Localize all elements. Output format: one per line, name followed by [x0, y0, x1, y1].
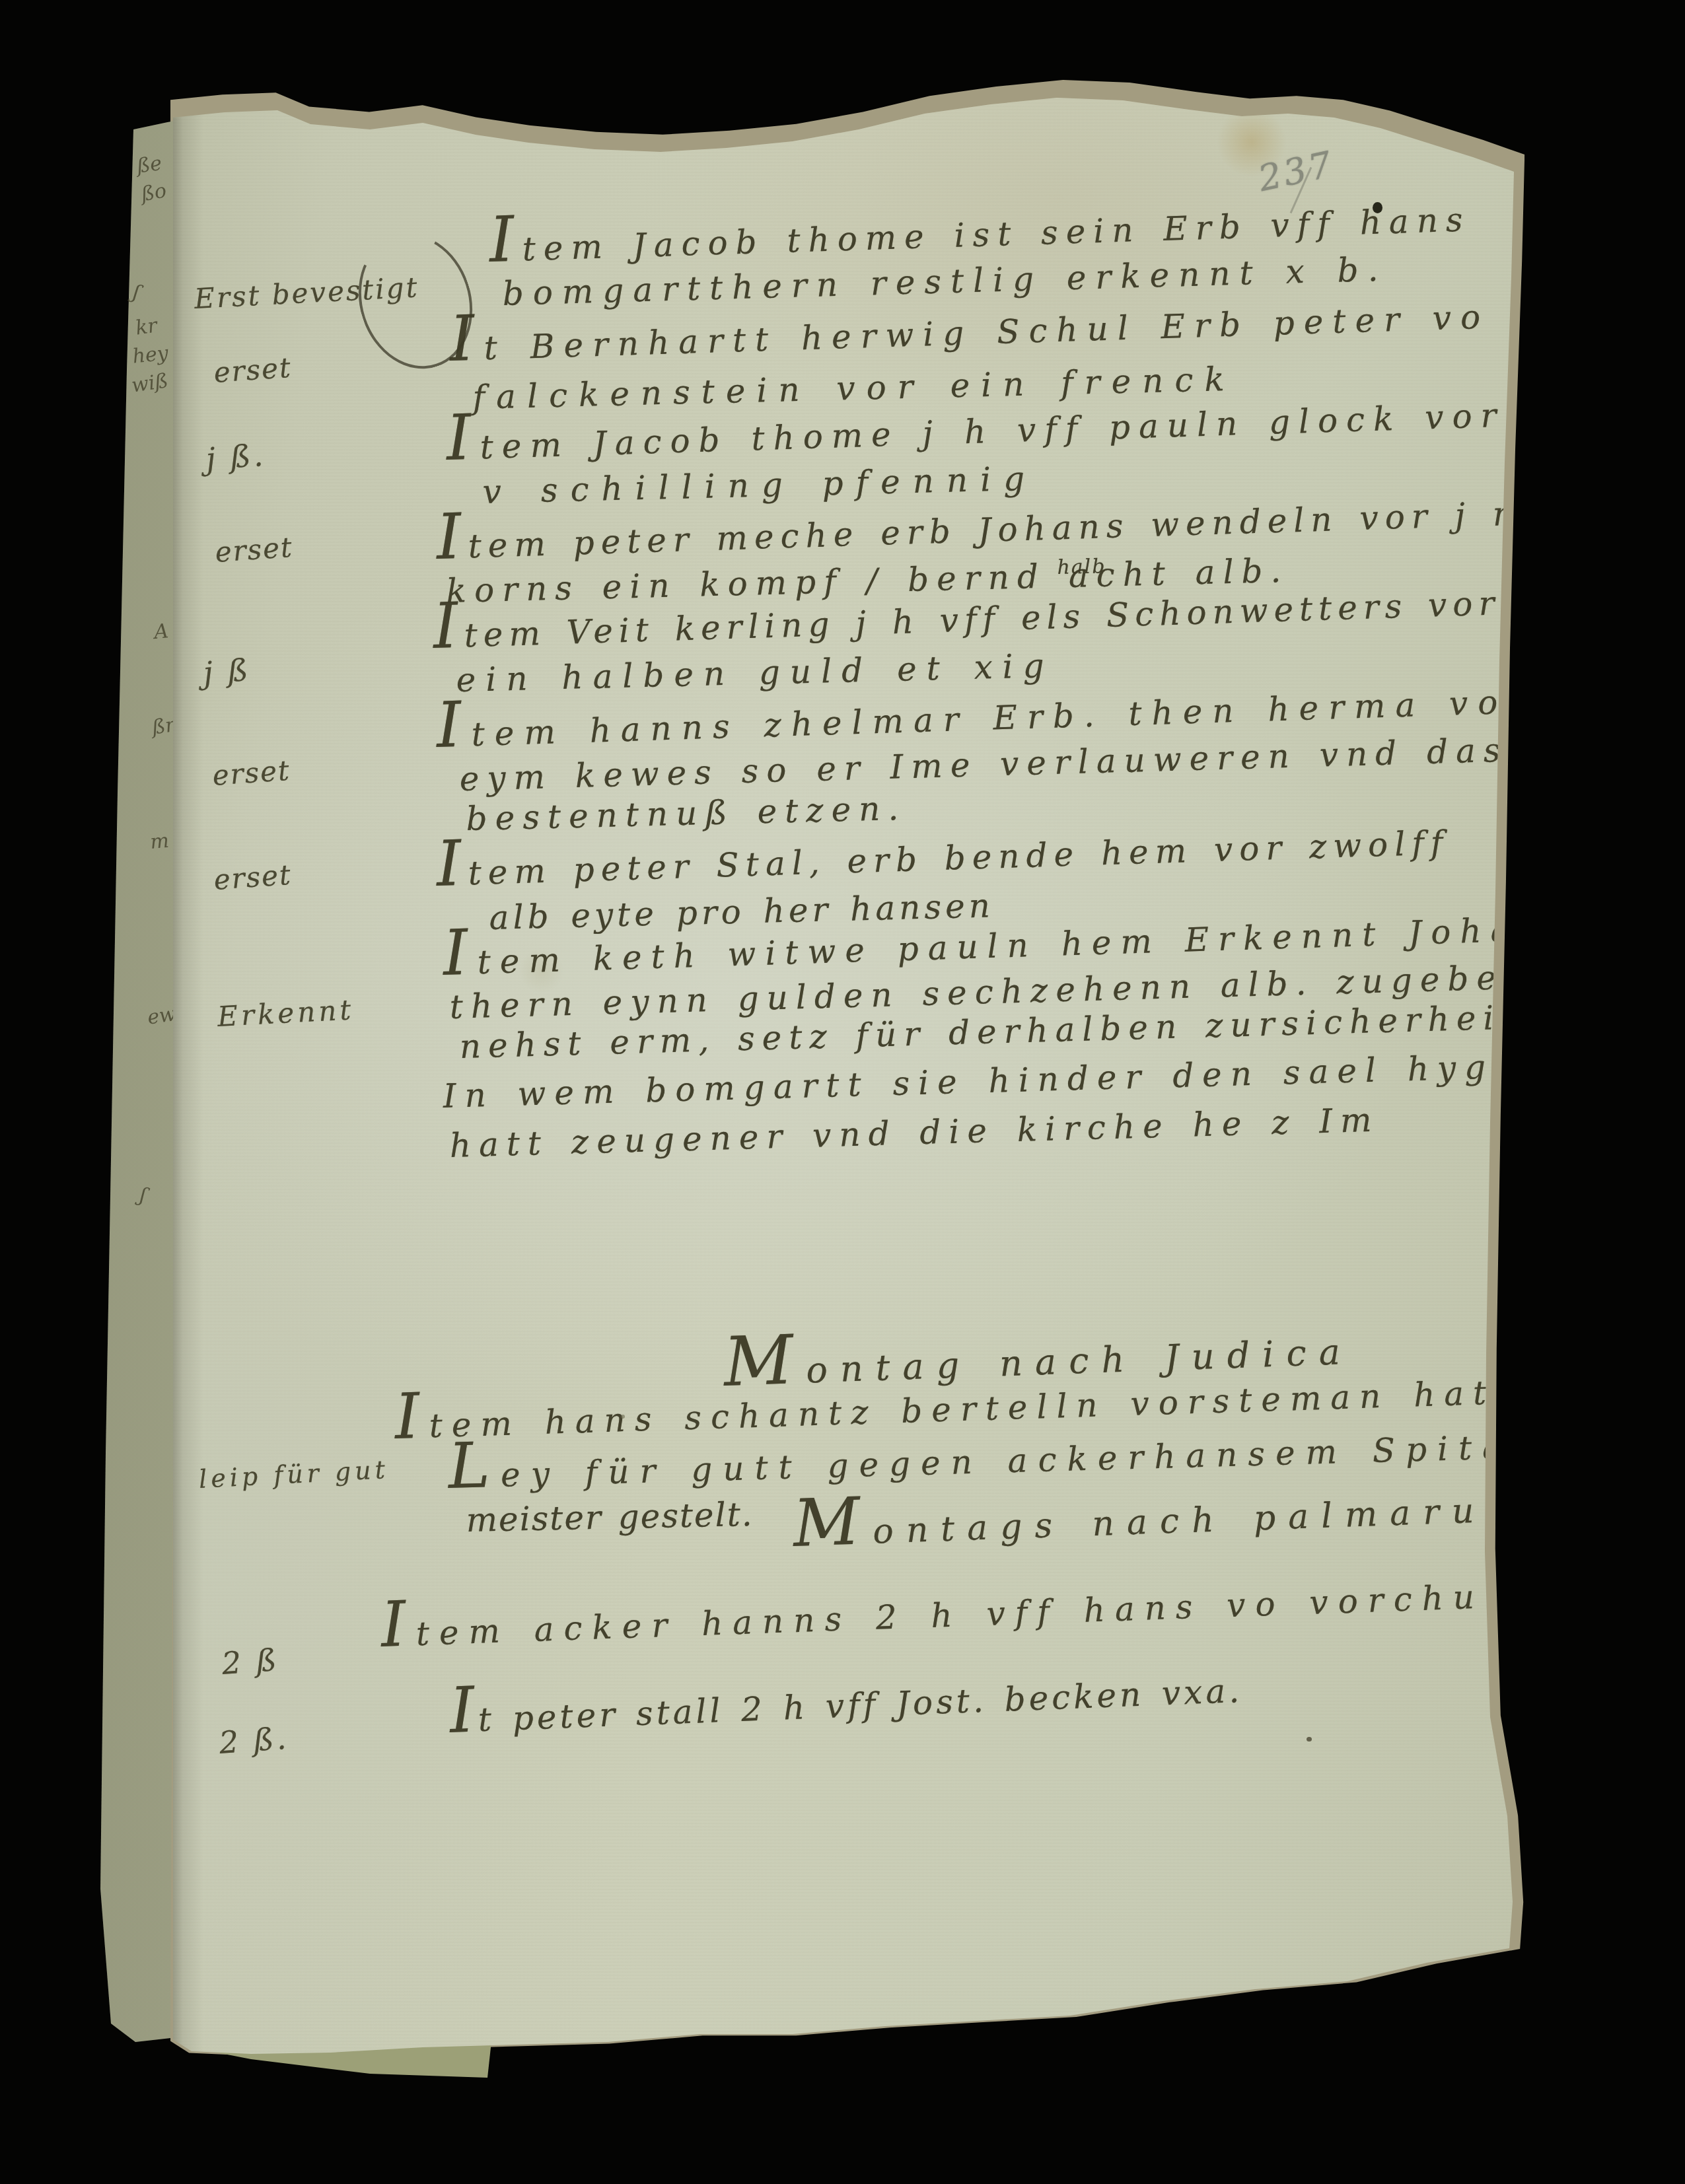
ink-fragment: ʃ: [131, 281, 142, 304]
ink-fragment: m: [149, 829, 170, 854]
manuscript-photo: ßeßoʃkrheywißAßnmewʃ 237 Item Jacob thom…: [0, 0, 1685, 2184]
wormhole: [1373, 202, 1382, 213]
ink-fragment: A: [153, 619, 170, 644]
ink-fragment: wiß: [130, 369, 170, 397]
ink-fragment: ßo: [139, 179, 168, 206]
speck: [1307, 1737, 1312, 1742]
ink-fragment: hey: [131, 341, 169, 368]
ink-fragment: kr: [134, 314, 159, 339]
ink-fragment: ße: [135, 152, 163, 178]
speck: [621, 1415, 625, 1419]
paper-marks-layer: [0, 0, 1685, 2184]
manuscript-page: 237 Item Jacob thome ist sein Erb vff ha…: [0, 0, 1685, 2184]
ink-fragment: ew: [146, 1003, 178, 1030]
ink-fragment: ʃ: [138, 1183, 148, 1207]
